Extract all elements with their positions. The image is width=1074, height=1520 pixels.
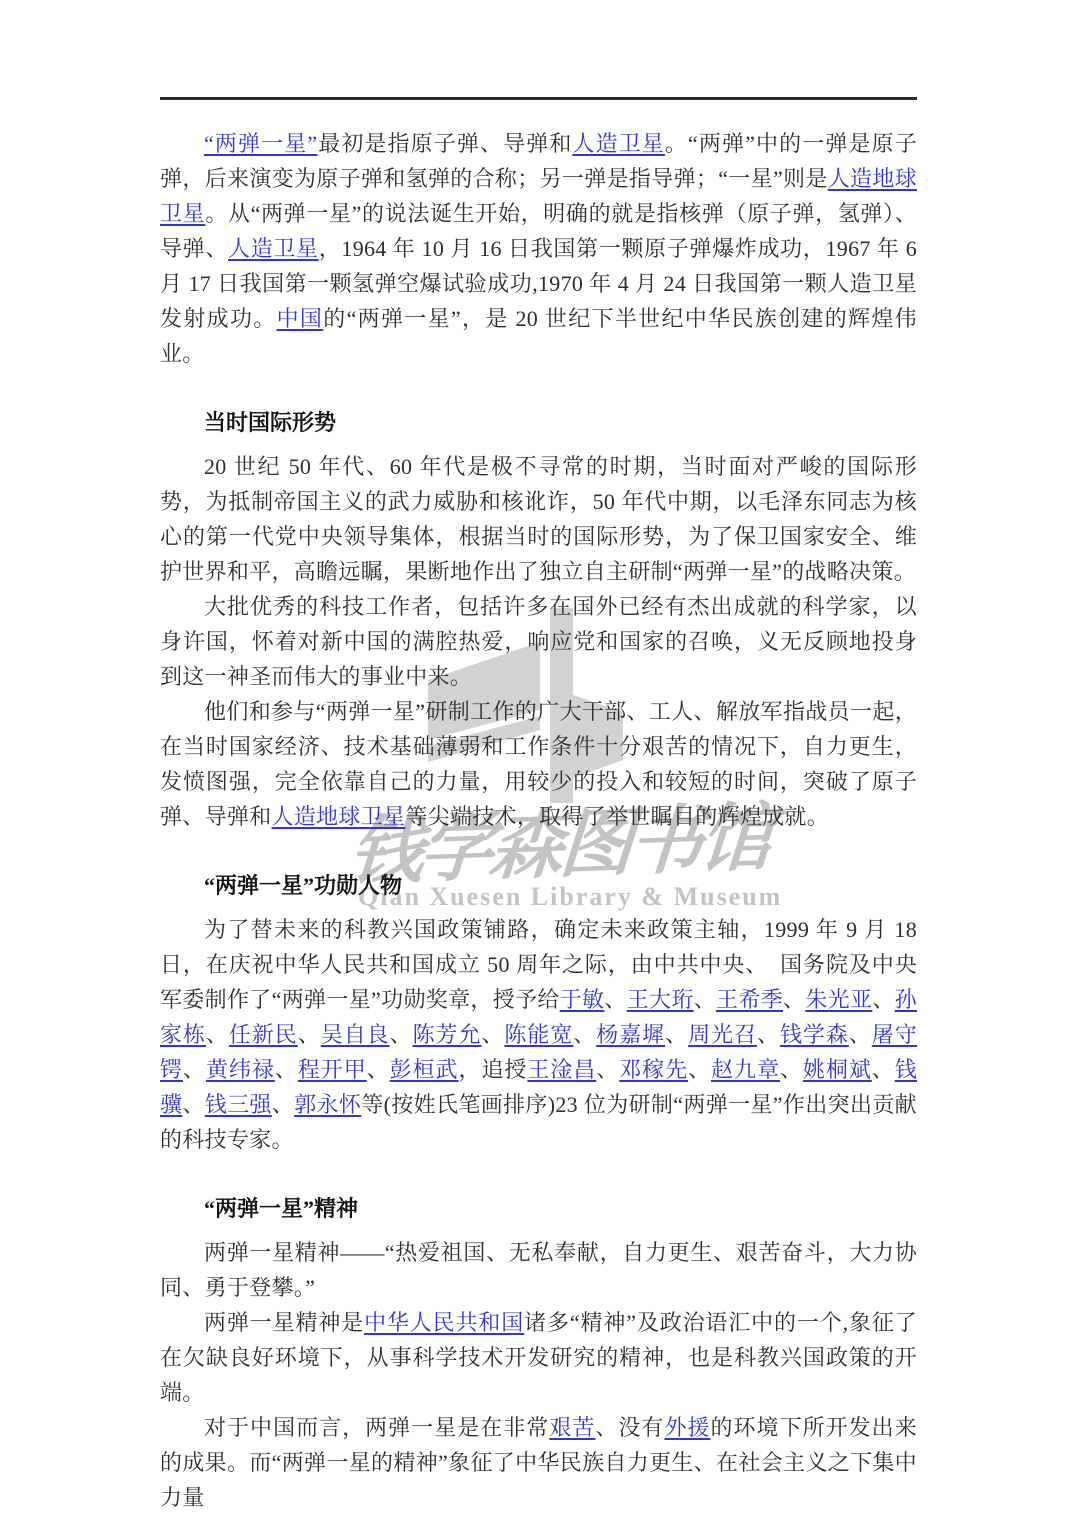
text-run: 、 bbox=[694, 987, 716, 1012]
document-page: 钱学森图书馆 Qian Xuesen Library & Museum “两弹一… bbox=[0, 0, 1074, 1520]
paragraph: 两弹一星精神——“热爱祖国、无私奉献，自力更生、艰苦奋斗，大力协同、勇于登攀。” bbox=[160, 1235, 917, 1305]
paragraph: 大批优秀的科技工作者，包括许多在国外已经有杰出成就的科学家，以身许国，怀着对新中… bbox=[160, 589, 917, 694]
section-heading: “两弹一星”精神 bbox=[160, 1194, 917, 1224]
text-link[interactable]: 于敏 bbox=[560, 987, 605, 1012]
text-link[interactable]: 王希季 bbox=[716, 987, 783, 1012]
text-link[interactable]: 艰苦 bbox=[549, 1415, 595, 1440]
text-run: 20 世纪 50 年代、60 年代是极不寻常的时期，当时面对严峻的国际形势，为抵… bbox=[160, 454, 917, 584]
section-heading: 当时国际形势 bbox=[160, 408, 917, 438]
text-run: 、 bbox=[872, 1057, 895, 1082]
text-link[interactable]: 人造地球卫星 bbox=[272, 804, 406, 829]
text-run: 等尖端技术，取得了举世瞩目的辉煌成就。 bbox=[405, 804, 829, 829]
text-link[interactable]: 中华人民共和国 bbox=[364, 1310, 524, 1335]
text-link[interactable]: 邓稼先 bbox=[619, 1057, 688, 1082]
text-run: 、 bbox=[604, 987, 626, 1012]
text-link[interactable]: 黄纬禄 bbox=[206, 1057, 275, 1082]
text-run: 、 bbox=[367, 1057, 390, 1082]
text-run: 、 bbox=[298, 1022, 321, 1047]
text-link[interactable]: 彭桓武 bbox=[390, 1057, 459, 1082]
text-link[interactable]: 周光召 bbox=[688, 1022, 757, 1047]
text-link[interactable]: 陈芳允 bbox=[413, 1022, 482, 1047]
text-link[interactable]: 任新民 bbox=[229, 1022, 298, 1047]
paragraph: 为了替未来的科教兴国政策铺路，确定未来政策主轴，1999 年 9 月 18 日，… bbox=[160, 912, 917, 1157]
paragraph: 他们和参与“两弹一星”研制工作的广大干部、工人、解放军指战员一起，在当时国家经济… bbox=[160, 694, 917, 834]
text-run: 、 bbox=[390, 1022, 413, 1047]
text-run: 、 bbox=[783, 987, 805, 1012]
text-run: 、 bbox=[688, 1057, 711, 1082]
text-link[interactable]: “两弹一星” bbox=[204, 131, 317, 156]
text-link[interactable]: 钱学森 bbox=[780, 1022, 849, 1047]
text-link[interactable]: 中国 bbox=[277, 306, 324, 331]
text-run: 、 bbox=[183, 1057, 206, 1082]
text-link[interactable]: 王淦昌 bbox=[527, 1057, 596, 1082]
text-run: 、 bbox=[849, 1022, 872, 1047]
text-run: 最初是指原子弹、导弹和 bbox=[317, 131, 572, 156]
header-rule bbox=[160, 97, 917, 100]
text-run: 、 bbox=[272, 1092, 294, 1117]
paragraph: 20 世纪 50 年代、60 年代是极不寻常的时期，当时面对严峻的国际形势，为抵… bbox=[160, 449, 917, 589]
text-run: 、没有 bbox=[595, 1415, 664, 1440]
text-run: 、 bbox=[275, 1057, 298, 1082]
text-run: ，追授 bbox=[459, 1057, 528, 1082]
section-heading: “两弹一星”功勋人物 bbox=[160, 871, 917, 901]
text-run: 、 bbox=[665, 1022, 688, 1047]
text-run: 、 bbox=[481, 1022, 504, 1047]
text-run: 两弹一星精神是 bbox=[204, 1310, 364, 1335]
text-run: 对于中国而言，两弹一星是在非常 bbox=[204, 1415, 549, 1440]
text-run: 、 bbox=[872, 987, 894, 1012]
text-link[interactable]: 吴自良 bbox=[321, 1022, 390, 1047]
text-link[interactable]: 朱光亚 bbox=[805, 987, 872, 1012]
text-link[interactable]: 郭永怀 bbox=[294, 1092, 361, 1117]
text-run: 、 bbox=[573, 1022, 596, 1047]
text-link[interactable]: 人造卫星 bbox=[572, 131, 664, 156]
text-link[interactable]: 杨嘉墀 bbox=[596, 1022, 665, 1047]
text-run: 、 bbox=[780, 1057, 803, 1082]
article: “两弹一星”最初是指原子弹、导弹和人造卫星。“两弹”中的一弹是原子弹，后来演变为… bbox=[160, 126, 917, 1515]
text-run: 、 bbox=[596, 1057, 619, 1082]
text-run: 两弹一星精神——“热爱祖国、无私奉献，自力更生、艰苦奋斗，大力协同、勇于登攀。” bbox=[160, 1240, 917, 1300]
paragraph: “两弹一星”最初是指原子弹、导弹和人造卫星。“两弹”中的一弹是原子弹，后来演变为… bbox=[160, 126, 917, 371]
text-link[interactable]: 人造卫星 bbox=[228, 236, 319, 261]
text-run: 、 bbox=[182, 1092, 204, 1117]
text-run: 大批优秀的科技工作者，包括许多在国外已经有杰出成就的科学家，以身许国，怀着对新中… bbox=[160, 594, 917, 689]
text-link[interactable]: 程开甲 bbox=[298, 1057, 367, 1082]
text-run: 、 bbox=[757, 1022, 780, 1047]
paragraph: 两弹一星精神是中华人民共和国诸多“精神”及政治语汇中的一个,象征了在欠缺良好环境… bbox=[160, 1305, 917, 1410]
text-link[interactable]: 姚桐斌 bbox=[803, 1057, 872, 1082]
text-link[interactable]: 陈能宽 bbox=[504, 1022, 573, 1047]
text-link[interactable]: 外援 bbox=[664, 1415, 710, 1440]
paragraph: 对于中国而言，两弹一星是在非常艰苦、没有外援的环境下所开发出来的成果。而“两弹一… bbox=[160, 1410, 917, 1515]
text-link[interactable]: 钱三强 bbox=[205, 1092, 272, 1117]
text-link[interactable]: 王大珩 bbox=[627, 987, 694, 1012]
text-link[interactable]: 赵九章 bbox=[711, 1057, 780, 1082]
text-run: 、 bbox=[206, 1022, 229, 1047]
